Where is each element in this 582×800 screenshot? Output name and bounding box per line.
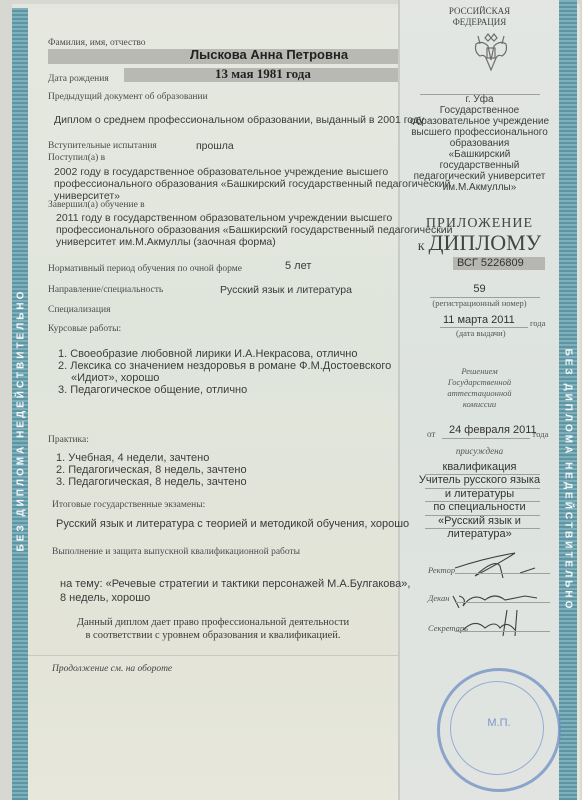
direction-label: Направление/специальность	[48, 285, 163, 295]
practice-item: 2. Педагогическая, 8 недель, зачтено	[56, 464, 247, 476]
practice-label: Практика:	[48, 435, 89, 445]
country-line: ФЕДЕРАЦИЯ	[400, 17, 559, 28]
graduated-label: Завершил(а) обучение в	[48, 200, 145, 210]
continued-note: Продолжение см. на обороте	[52, 664, 172, 674]
prev-edu-label: Предыдущий документ об образовании	[48, 92, 208, 102]
enrolled-text: 2002 году в государственное образователь…	[54, 166, 451, 202]
qualification-line: по специальности	[400, 501, 559, 515]
commission-line: комиссии	[400, 399, 559, 410]
issue-date-suffix: года	[530, 318, 545, 328]
qualification-line: литература»	[400, 528, 559, 542]
institution-line: им.М.Акмуллы»	[400, 182, 559, 193]
graduated-line: 2011 году в государственном образователь…	[56, 212, 453, 224]
exams-label: Итоговые государственные экзамены:	[52, 500, 205, 510]
prev-edu-value: Диплом о среднем профессиональном образо…	[54, 114, 424, 126]
rule	[425, 515, 540, 516]
qualification-value: Учитель русского языка и литературы по с…	[400, 474, 559, 542]
institution-line: педагогический университет	[400, 171, 559, 182]
coursework-item: «Идиот», хорошо	[58, 372, 391, 384]
commission-from-label: от	[427, 429, 435, 439]
graduated-line: профессионального образования «Башкирски…	[56, 224, 453, 236]
institution-line: государственный	[400, 160, 559, 171]
diploma-number: ВСГ 5226809	[457, 257, 524, 269]
commission-date: 24 февраля 2011	[449, 424, 537, 436]
double-headed-eagle-icon	[468, 30, 514, 76]
coursework-item: 2. Лексика со значением нездоровья в ром…	[58, 360, 391, 372]
signatures	[445, 548, 545, 648]
registration-number-label: (регистрационный номер)	[400, 298, 559, 308]
official-seal-icon: М.П.	[437, 668, 561, 792]
enrolled-line: профессионального образования «Башкирски…	[54, 178, 451, 190]
commission-date-suffix: года	[533, 429, 548, 439]
entrance-value: прошла	[196, 140, 234, 152]
commission-block: Решением Государственной аттестационной …	[400, 366, 559, 410]
entrance-label: Вступительные испытания	[48, 141, 157, 151]
commission-line: Государственной	[400, 377, 559, 388]
awarded-label: присуждена	[400, 446, 559, 456]
commission-line: Решением	[400, 366, 559, 377]
practice-list: 1. Учебная, 4 недели, зачтено 2. Педагог…	[56, 452, 247, 488]
appendix-subtitle: к ДИПЛОМУ	[400, 230, 559, 256]
practice-item: 1. Учебная, 4 недели, зачтено	[56, 452, 247, 464]
appendix-diploma-word: ДИПЛОМУ	[429, 230, 542, 255]
qualification-line: и литературы	[400, 488, 559, 502]
specialization-label: Специализация	[48, 305, 110, 315]
rule	[442, 438, 530, 439]
qualification-line: «Русский язык и	[400, 515, 559, 529]
period-value: 5 лет	[285, 260, 311, 272]
country-name: РОССИЙСКАЯ ФЕДЕРАЦИЯ	[400, 6, 559, 28]
coursework-item: 1. Своеобразие любовной лирики И.А.Некра…	[58, 348, 391, 360]
country-line: РОССИЙСКАЯ	[400, 6, 559, 17]
graduated-text: 2011 году в государственном образователь…	[56, 212, 453, 248]
issue-date-label: (дата выдачи)	[456, 328, 506, 338]
institution-line: образовательное учреждение	[400, 116, 559, 127]
left-panel	[28, 8, 398, 800]
enrolled-label: Поступил(а) в	[48, 153, 105, 163]
rule	[455, 602, 550, 603]
student-dob: 13 мая 1981 года	[215, 66, 311, 82]
institution-block: г. Уфа Государственное образовательное у…	[400, 94, 559, 193]
thesis-label: Выполнение и защита выпускной квалификац…	[52, 547, 300, 557]
institution-line: Государственное	[400, 105, 559, 116]
institution-line: образования	[400, 138, 559, 149]
rule	[425, 488, 540, 489]
institution-line: высшего профессионального	[400, 127, 559, 138]
thesis-line-2: 8 недель, хорошо	[60, 592, 150, 604]
dob-label: Дата рождения	[48, 74, 109, 84]
rights-note-line: Данный диплом дает право профессионально…	[28, 616, 398, 629]
exams-value: Русский язык и литература с теорией и ме…	[56, 518, 409, 530]
student-name: Лыскова Анна Петровна	[190, 47, 348, 62]
rule	[425, 501, 540, 502]
enrolled-line: 2002 году в государственное образователь…	[54, 166, 451, 178]
side-warning-left: БЕЗ ДИПЛОМА НЕДЕЙСТВИТЕЛЬНО	[16, 289, 27, 552]
coursework-list: 1. Своеобразие любовной лирики И.А.Некра…	[58, 348, 391, 396]
thesis-line-1: на тему: «Речевые стратегии и тактики пе…	[60, 578, 410, 590]
practice-item: 3. Педагогическая, 8 недель, зачтено	[56, 476, 247, 488]
name-label: Фамилия, имя, отчество	[48, 38, 146, 48]
direction-value: Русский язык и литература	[220, 284, 352, 296]
graduated-line: университет им.М.Акмуллы (заочная форма)	[56, 236, 453, 248]
coursework-label: Курсовые работы:	[48, 324, 121, 334]
seal-text: М.П.	[440, 717, 558, 729]
issue-date: 11 марта 2011	[443, 314, 515, 326]
commission-line: аттестационной	[400, 388, 559, 399]
appendix-prefix: к	[418, 239, 425, 254]
period-label: Нормативный период обучения по очной фор…	[48, 264, 242, 274]
rights-note-line: в соответствии с уровнем образования и к…	[28, 629, 398, 642]
coursework-item: 3. Педагогическое общение, отлично	[58, 384, 391, 396]
rule	[425, 528, 540, 529]
institution-city: г. Уфа	[400, 94, 559, 105]
rule	[455, 631, 550, 632]
side-warning-right: БЕЗ ДИПЛОМА НЕДЕЙСТВИТЕЛЬНО	[563, 349, 574, 612]
registration-number: 59	[400, 283, 559, 295]
rights-note: Данный диплом дает право профессионально…	[28, 616, 398, 642]
qualification-label: квалификация	[400, 461, 559, 473]
institution-line: «Башкирский	[400, 149, 559, 160]
rule	[455, 573, 550, 574]
section-divider	[28, 655, 398, 656]
qualification-line: Учитель русского языка	[400, 474, 559, 488]
